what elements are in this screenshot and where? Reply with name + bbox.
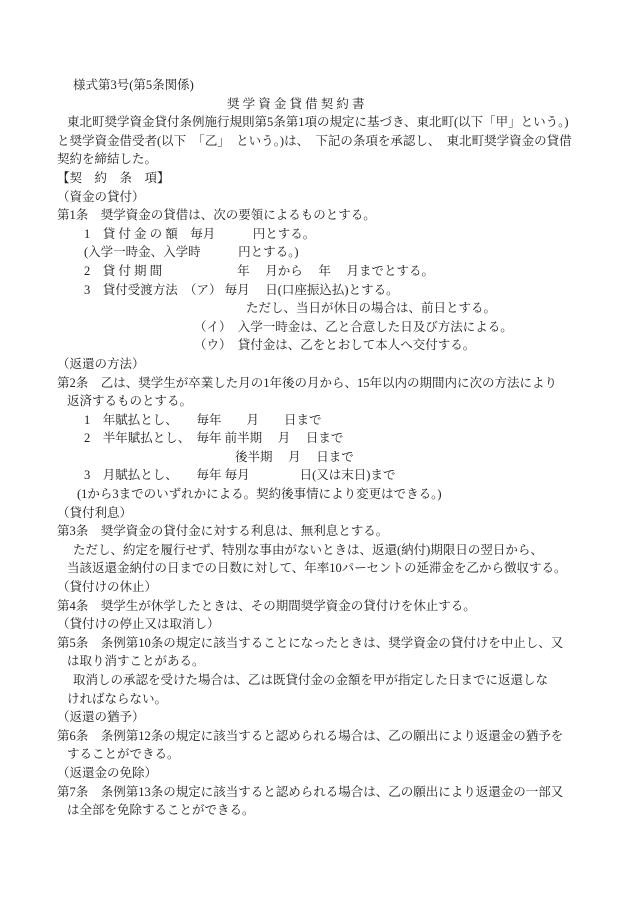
document-line: （イ） 入学一時金は、乙と合意した日及び方法による。	[57, 318, 610, 337]
form-number-label: 様式第3号(第5条関係)	[57, 76, 610, 95]
document-line: することができる。	[57, 745, 610, 764]
document-line: （貸付けの休止）	[57, 578, 610, 597]
document-line: （貸付利息）	[57, 504, 610, 523]
document-line: (1から3までのいずれかによる。契約後事情により変更はできる。)	[57, 485, 610, 504]
document-line: 1 年賦払とし、 毎年 月 日まで	[57, 411, 610, 430]
document-line: (入学一時金、入学時 円とする。)	[57, 243, 610, 262]
document-line: 第1条 奨学資金の貸借は、次の要領によるものとする。	[57, 206, 610, 225]
document-line: 2 半年賦払とし、 毎年 前半期 月 日まで	[57, 429, 610, 448]
document-line: 第3条 奨学資金の貸付金に対する利息は、無利息とする。	[57, 522, 610, 541]
document-line: 1 貸 付 金 の 額 毎月 円とする。	[57, 225, 610, 244]
document-line: （返還の猶予）	[57, 708, 610, 727]
document-line: 東北町奨学資金貸付条例施行規則第5条第1項の規定に基づき、東北町(以下「甲」とい…	[57, 113, 610, 132]
document-line: （資金の貸付）	[57, 188, 610, 207]
document-line: 返済するものとする。	[57, 392, 610, 411]
document-line: （貸付けの停止又は取消し）	[57, 615, 610, 634]
document-line: 【契 約 条 項】	[57, 169, 610, 188]
document-line: 2 貸 付 期 間 年 月から 年 月までとする。	[57, 262, 610, 281]
document-line: 取消しの承認を受けた場合は、乙は既貸付金の金額を甲が指定した日までに返還しな	[57, 671, 610, 690]
document-line: 当該返還金納付の日までの日数に対して、年率10パーセントの延滞金を乙から徴収する…	[57, 559, 610, 578]
document-line: は取り消すことがある。	[57, 652, 610, 671]
document-line: （返還金の免除）	[57, 764, 610, 783]
document-line: 第6条 条例第12条の規定に該当すると認められる場合は、乙の願出により返還金の猶…	[57, 727, 610, 746]
document-line: 契約を締結した。	[57, 150, 610, 169]
document-line: と奨学資金借受者(以下 「乙」 という。)は、 下記の条項を承認し、 東北町奨学…	[57, 132, 610, 151]
document-line: 第2条 乙は、奨学生が卒業した月の1年後の月から、15年以内の期間内に次の方法に…	[57, 374, 610, 393]
document-line: （返還の方法）	[57, 355, 610, 374]
document-line: 第5条 条例第10条の規定に該当することになったときは、奨学資金の貸付けを中止し…	[57, 634, 610, 653]
document-line: ければならない。	[57, 690, 610, 709]
document-line: 3 貸付受渡方法 （ア） 毎月 日(口座振込払)とする。	[57, 281, 610, 300]
document-line: ただし、約定を履行せず、特別な事由がないときは、返還(納付)期限日の翌日から、	[57, 541, 610, 560]
document-line: 第4条 奨学生が休学したときは、その期間奨学資金の貸付けを休止する。	[57, 597, 610, 616]
document-title: 奨 学 資 金 貸 借 契 約 書	[57, 95, 610, 114]
document-line: ただし、当日が休日の場合は、前日とする。	[57, 299, 610, 318]
document-line: 3 月賦払とし、 毎年 毎月 日(又は末日)まで	[57, 466, 610, 485]
document-line: は全部を免除することができる。	[57, 801, 610, 820]
document-line: 後半期 月 日まで	[57, 448, 610, 467]
document-page: 様式第3号(第5条関係)奨 学 資 金 貸 借 契 約 書東北町奨学資金貸付条例…	[0, 0, 630, 903]
document-line: 第7条 条例第13条の規定に該当すると認められる場合は、乙の願出により返還金の一…	[57, 783, 610, 802]
document-line: （ウ） 貸付金は、乙をとおして本人へ交付する。	[57, 336, 610, 355]
